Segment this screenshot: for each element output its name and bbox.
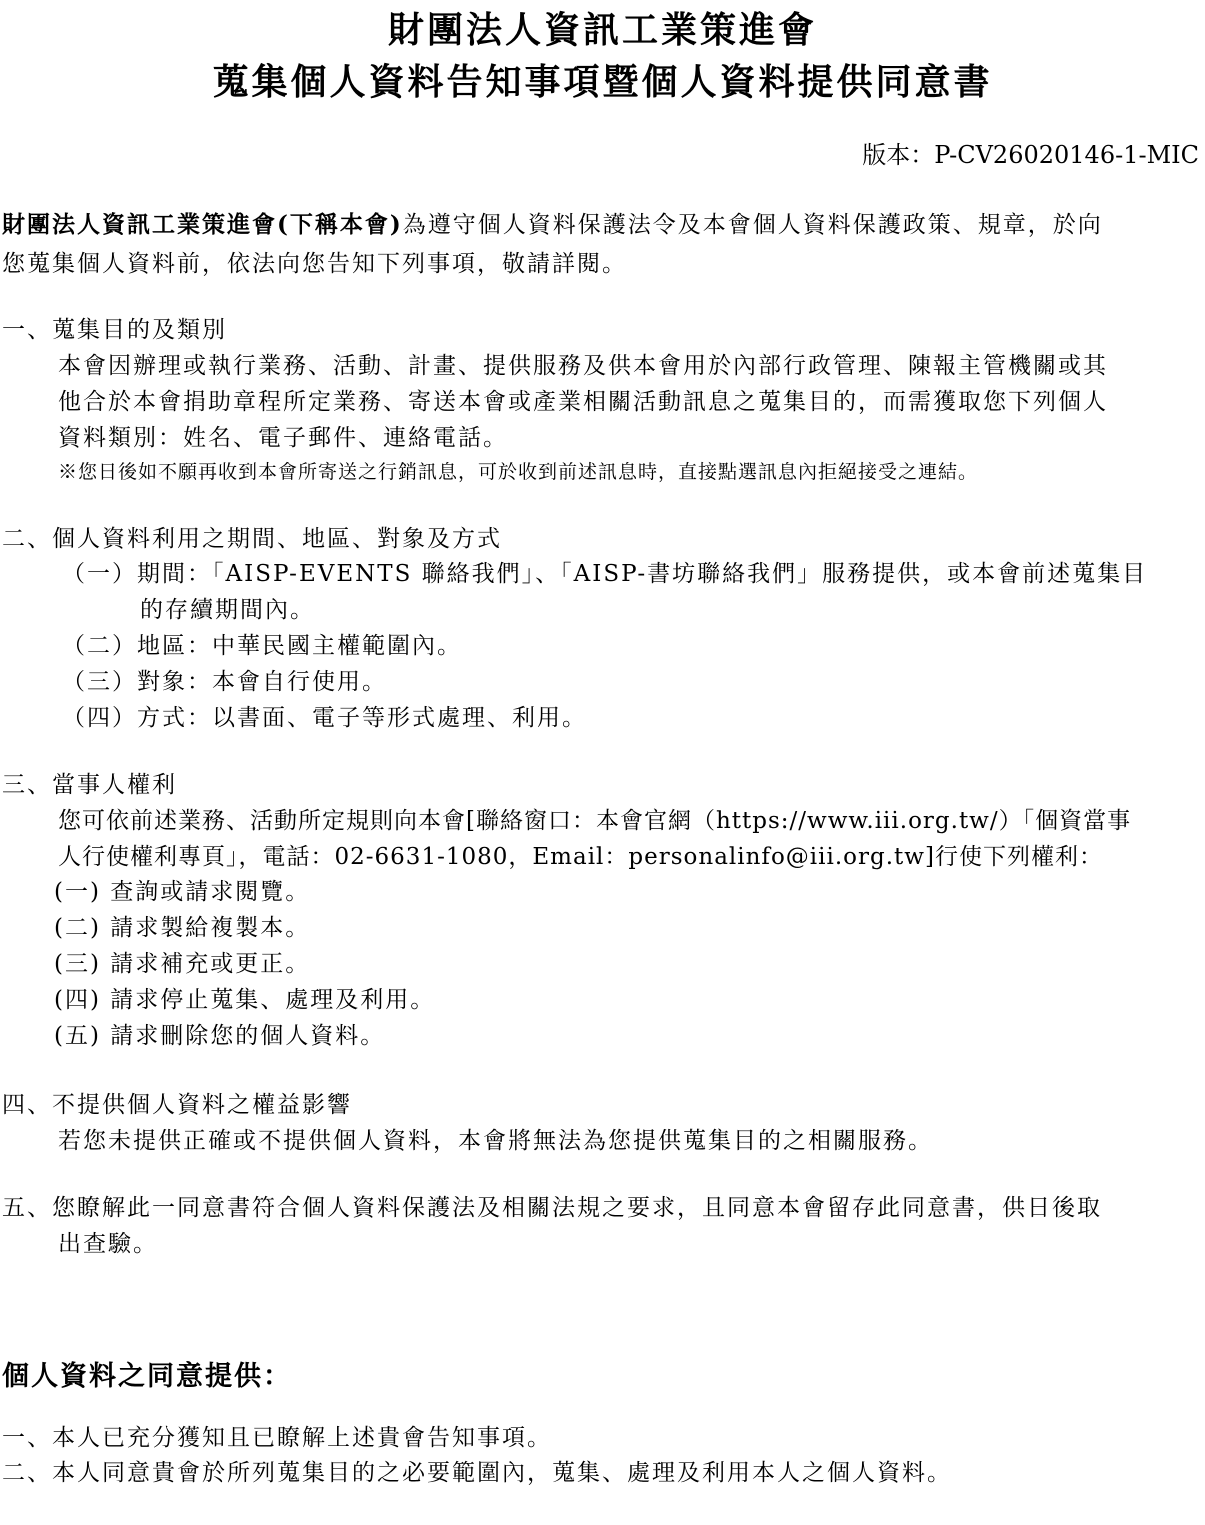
item-label: （三） [62, 669, 137, 695]
item-text: 方式：以書面、電子等形式處理、利用。 [137, 705, 587, 731]
item-label: （二） [62, 633, 137, 659]
item-text: 對象：本會自行使用。 [137, 669, 387, 695]
item-text: 期間：「AISP-EVENTS 聯絡我們」、「AISP-書坊聯絡我們」服務提供，… [137, 561, 1147, 587]
section-2-item: （二）地區：中華民國主權範圍內。 [62, 631, 462, 661]
section-1-heading: 一、蒐集目的及類別 [2, 315, 227, 345]
section-3-line: 您可依前述業務、活動所定規則向本會[聯絡窗口：本會官網（https://www.… [58, 806, 1131, 836]
right-item: (二) 請求製給複製本。 [54, 913, 310, 943]
section-3-line: 人行使權利專頁」，電話：02-6631-1080，Email：personali… [58, 842, 1103, 872]
organization-title: 財團法人資訊工業策進會 [0, 10, 1205, 50]
organization-name: 財團法人資訊工業策進會(下稱本會) [2, 211, 403, 238]
section-4-heading: 四、不提供個人資料之權益影響 [2, 1090, 352, 1120]
intro-line-1: 財團法人資訊工業策進會(下稱本會)為遵守個人資料保護法令及本會個人資料保護政策、… [2, 210, 1103, 240]
right-item: (五) 請求刪除您的個人資料。 [54, 1021, 385, 1051]
intro-line-2: 您蒐集個人資料前，依法向您告知下列事項，敬請詳閱。 [2, 249, 627, 279]
document-title: 蒐集個人資料告知事項暨個人資料提供同意書 [0, 62, 1205, 102]
section-5-line: 五、您瞭解此一同意書符合個人資料保護法及相關法規之要求，且同意本會留存此同意書，… [2, 1193, 1102, 1223]
right-item: (一) 查詢或請求閱覽。 [54, 877, 310, 907]
section-1-line: 本會因辦理或執行業務、活動、計畫、提供服務及供本會用於內部行政管理、陳報主管機關… [58, 351, 1108, 381]
section-2-item: （一）期間：「AISP-EVENTS 聯絡我們」、「AISP-書坊聯絡我們」服務… [62, 559, 1147, 589]
section-2-item: （三）對象：本會自行使用。 [62, 667, 387, 697]
section-2-heading: 二、個人資料利用之期間、地區、對象及方式 [2, 524, 502, 554]
section-1-note: ※您日後如不願再收到本會所寄送之行銷訊息，可於收到前述訊息時，直接點選訊息內拒絕… [58, 457, 978, 487]
item-label: （四） [62, 705, 137, 731]
section-3-heading: 三、當事人權利 [2, 770, 177, 800]
section-2-item-continuation: 的存續期間內。 [140, 595, 315, 625]
section-2-item: （四）方式：以書面、電子等形式處理、利用。 [62, 703, 587, 733]
consent-heading: 個人資料之同意提供： [2, 1360, 292, 1394]
item-label: （一） [62, 561, 137, 587]
section-1-line: 資料類別：姓名、電子郵件、連絡電話。 [58, 423, 508, 453]
version-label: 版本：P-CV26020146-1-MIC [862, 140, 1199, 170]
intro-text: 為遵守個人資料保護法令及本會個人資料保護政策、規章，於向 [403, 212, 1103, 238]
item-text: 地區：中華民國主權範圍內。 [137, 633, 462, 659]
consent-item: 二、本人同意貴會於所列蒐集目的之必要範圍內，蒐集、處理及利用本人之個人資料。 [2, 1458, 952, 1488]
section-1-line: 他合於本會捐助章程所定業務、寄送本會或產業相關活動訊息之蒐集目的，而需獲取您下列… [58, 387, 1108, 417]
right-item: (三) 請求補充或更正。 [54, 949, 310, 979]
consent-item: 一、本人已充分獲知且已瞭解上述貴會告知事項。 [2, 1423, 552, 1453]
right-item: (四) 請求停止蒐集、處理及利用。 [54, 985, 435, 1015]
section-4-text: 若您未提供正確或不提供個人資料，本會將無法為您提供蒐集目的之相關服務。 [58, 1126, 933, 1156]
section-5-line: 出查驗。 [58, 1229, 158, 1259]
